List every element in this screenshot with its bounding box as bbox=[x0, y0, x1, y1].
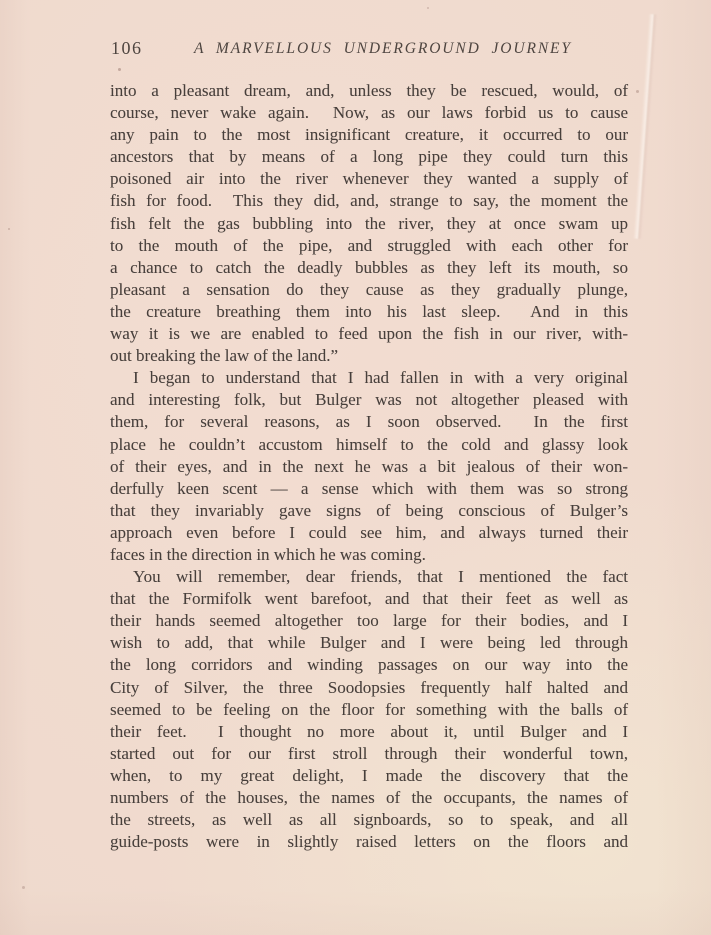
text-line: the long corridors and winding passages … bbox=[110, 654, 628, 676]
scan-speck bbox=[636, 90, 639, 93]
text-line: to the mouth of the pipe, and struggled … bbox=[110, 235, 628, 257]
text-line: them, for several reasons, as I soon obs… bbox=[110, 411, 628, 433]
text-line: the creature breathing them into his las… bbox=[110, 301, 628, 323]
text-line: guide-posts were in slightly raised lett… bbox=[110, 831, 628, 853]
text-line: wish to add, that while Bulger and I wer… bbox=[110, 632, 628, 654]
page-number: 106 bbox=[111, 38, 143, 59]
scan-speck bbox=[8, 228, 10, 230]
text-line: their feet. I thought no more about it, … bbox=[110, 721, 628, 743]
scan-speck bbox=[22, 886, 25, 889]
text-line: a chance to catch the deadly bubbles as … bbox=[110, 257, 628, 279]
text-line: You will remember, dear friends, that I … bbox=[110, 566, 628, 588]
text-line: the streets, as well as all signboards, … bbox=[110, 809, 628, 831]
book-page: 106 A MARVELLOUS UNDERGROUND JOURNEY int… bbox=[0, 0, 711, 935]
text-line: that the Formifolk went barefoot, and th… bbox=[110, 588, 628, 610]
text-line: course, never wake again. Now, as our la… bbox=[110, 102, 628, 124]
text-line: I began to understand that I had fallen … bbox=[110, 367, 628, 389]
text-line: way it is we are enabled to feed upon th… bbox=[110, 323, 628, 345]
text-line: numbers of the houses, the names of the … bbox=[110, 787, 628, 809]
text-line: pleasant a sensation do they cause as th… bbox=[110, 279, 628, 301]
page-header: 106 A MARVELLOUS UNDERGROUND JOURNEY bbox=[110, 38, 628, 60]
text-line: started out for our first stroll through… bbox=[110, 743, 628, 765]
text-line: fish for food. This they did, and, stran… bbox=[110, 190, 628, 212]
body-text: into a pleasant dream, and, unless they … bbox=[110, 80, 628, 853]
scan-speck bbox=[427, 7, 429, 9]
text-line: out breaking the law of the land.” bbox=[110, 345, 628, 367]
text-line: place he couldn’t accustom himself to th… bbox=[110, 434, 628, 456]
text-line: derfully keen scent — a sense which with… bbox=[110, 478, 628, 500]
text-line: into a pleasant dream, and, unless they … bbox=[110, 80, 628, 102]
scan-speck bbox=[118, 68, 121, 71]
text-line: fish felt the gas bubbling into the rive… bbox=[110, 213, 628, 235]
text-line: approach even before I could see him, an… bbox=[110, 522, 628, 544]
text-line: of their eyes, and in the next he was a … bbox=[110, 456, 628, 478]
text-line: faces in the direction in which he was c… bbox=[110, 544, 628, 566]
text-line: that they invariably gave signs of being… bbox=[110, 500, 628, 522]
text-line: and interesting folk, but Bulger was not… bbox=[110, 389, 628, 411]
text-line: poisoned air into the river whenever the… bbox=[110, 168, 628, 190]
text-line: seemed to be feeling on the floor for so… bbox=[110, 699, 628, 721]
text-line: any pain to the most insignificant creat… bbox=[110, 124, 628, 146]
paper-crease bbox=[633, 14, 658, 239]
running-title: A MARVELLOUS UNDERGROUND JOURNEY bbox=[110, 38, 628, 58]
text-line: City of Silver, the three Soodopsies fre… bbox=[110, 677, 628, 699]
text-line: when, to my great delight, I made the di… bbox=[110, 765, 628, 787]
text-line: their hands seemed altogether too large … bbox=[110, 610, 628, 632]
text-line: ancestors that by means of a long pipe t… bbox=[110, 146, 628, 168]
